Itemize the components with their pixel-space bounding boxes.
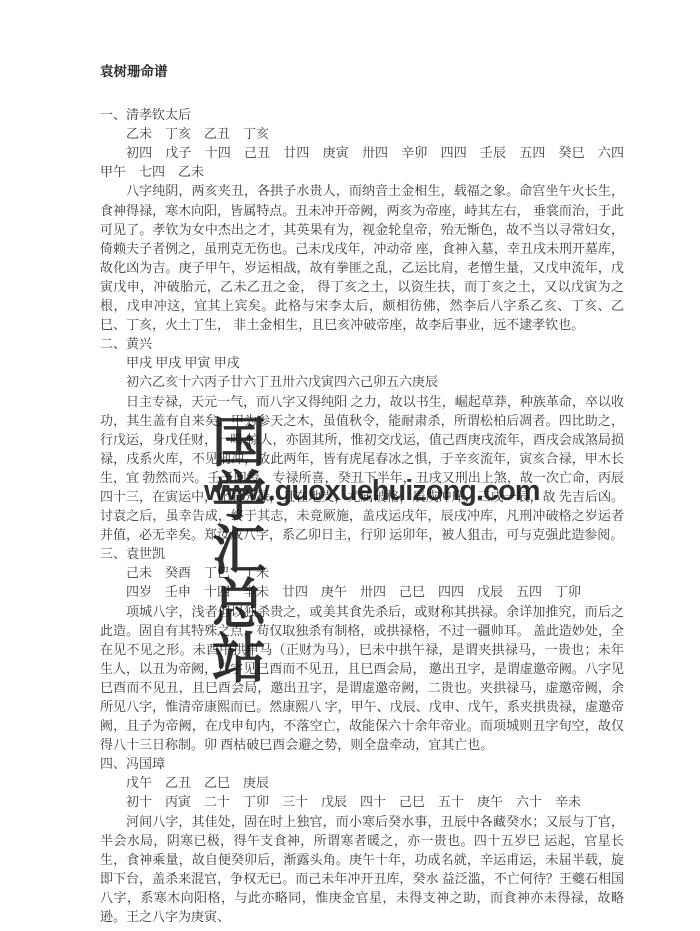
dayun-line: 初六乙亥十六丙子廿六丁丑卅六戊寅四六己卯五六庚辰: [100, 372, 624, 391]
document-content: 袁树珊命谱 一、清孝钦太后 乙未 丁亥 乙丑 丁亥 初四 戊子 十四 己丑 廿四…: [100, 62, 624, 926]
bazi-pillars-line: 己未 癸酉 丁巳 丁未: [100, 563, 624, 582]
document-page: 袁树珊命谱 一、清孝钦太后 乙未 丁亥 乙丑 丁亥 初四 戊子 十四 己丑 廿四…: [0, 0, 700, 931]
dayun-line: 初十 丙寅 二十 丁卯 三十 戊辰 四十 己巳 五十 庚午 六十 辛未: [100, 792, 624, 811]
section-heading: 三、袁世凯: [100, 544, 624, 563]
section-heading: 四、冯国璋: [100, 754, 624, 773]
commentary-paragraph: 日主专禄，天元一气，而八字又得纯阳 之力，故以书生，崛起草莽，种族革命，卒以收功…: [100, 392, 624, 545]
document-title: 袁树珊命谱: [100, 62, 624, 81]
bazi-pillars-line: 戊午 乙丑 乙巳 庚辰: [100, 773, 624, 792]
bazi-pillars-line: 甲戌 甲戌 甲寅 甲戌: [100, 353, 624, 372]
bazi-pillars-line: 乙未 丁亥 乙丑 丁亥: [100, 124, 624, 143]
dayun-line: 初四 戊子 十四 己丑 廿四 庚寅 卅四 辛卯 四四 壬辰 五四 癸巳 六四甲午…: [100, 143, 624, 181]
commentary-paragraph: 河间八字，其佳处，固在时上独官，而小寒后癸水事，丑辰中各藏癸水；又辰与丁官，半会…: [100, 812, 624, 927]
commentary-paragraph: 项城八字，浅者但以独杀贵之，或美其食先杀后，或财称其拱禄。余详加推究，而后之此造…: [100, 602, 624, 755]
section-heading: 一、清孝钦太后: [100, 105, 624, 124]
section-huang-xing: 二、黄兴 甲戌 甲戌 甲寅 甲戌 初六乙亥十六丙子廿六丁丑卅六戊寅四六己卯五六庚…: [100, 334, 624, 544]
section-qing-xiaoqin: 一、清孝钦太后 乙未 丁亥 乙丑 丁亥 初四 戊子 十四 己丑 廿四 庚寅 卅四…: [100, 105, 624, 334]
dayun-line: 四岁 壬申 十四 辛未 廿四 庚午 卅四 己巳 四四 戊辰 五四 丁卯: [100, 582, 624, 601]
section-feng-guozhang: 四、冯国璋 戊午 乙丑 乙巳 庚辰 初十 丙寅 二十 丁卯 三十 戊辰 四十 己…: [100, 754, 624, 926]
section-yuan-shikai: 三、袁世凯 己未 癸酉 丁巳 丁未 四岁 壬申 十四 辛未 廿四 庚午 卅四 己…: [100, 544, 624, 754]
section-heading: 二、黄兴: [100, 334, 624, 353]
commentary-paragraph: 八字纯阴，两亥夹丑，各拱子水贵人，而纳音土金相生，载福之象。命宫坐午火长生，食神…: [100, 181, 624, 334]
